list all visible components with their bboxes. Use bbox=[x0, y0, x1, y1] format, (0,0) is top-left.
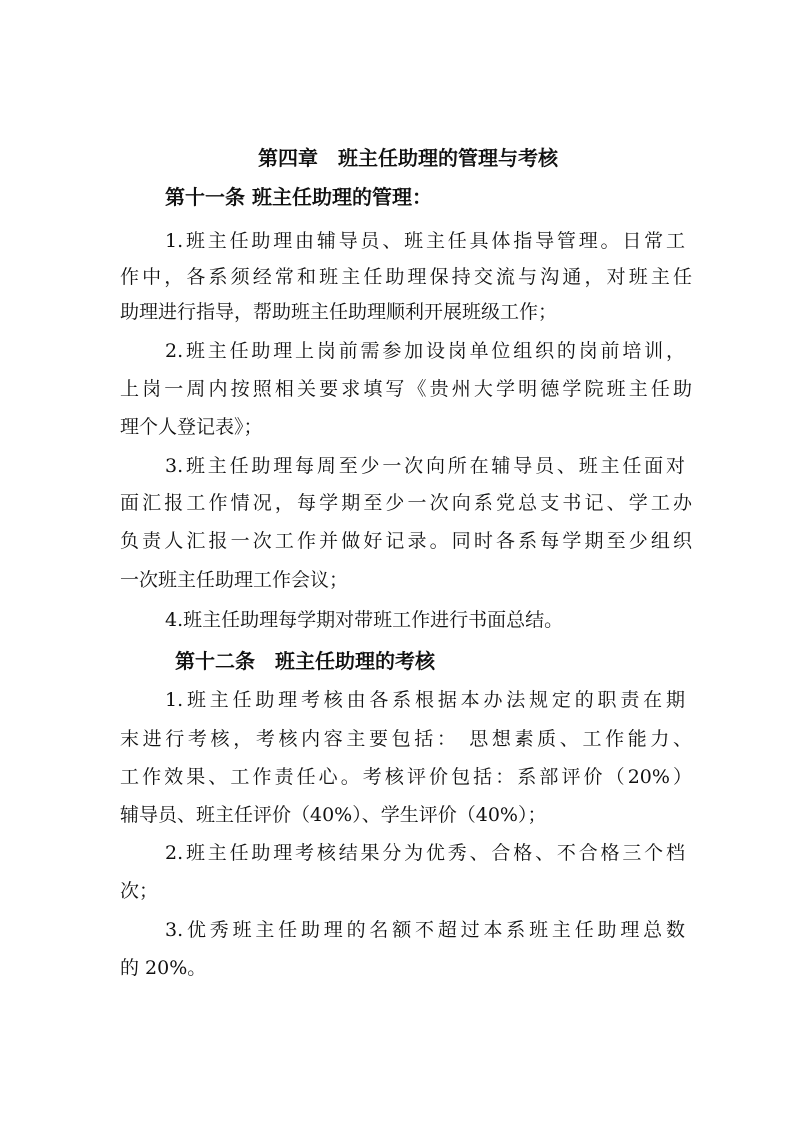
paragraph-line: 4.班主任助理每学期对带班工作进行书面总结。 bbox=[165, 608, 563, 632]
paragraph-line: 2.班主任助理上岗前需参加设岗单位组织的岗前培训， bbox=[165, 339, 685, 363]
paragraph-line: 3.班主任助理每周至少一次向所在辅导员、班主任面对 bbox=[165, 454, 685, 478]
paragraph-line: 末进行考核，考核内容主要包括： 思想素质、工作能力、 bbox=[120, 727, 692, 751]
article-11-heading: 第十一条 班主任助理的管理： bbox=[165, 185, 432, 209]
paragraph-line: 辅导员、班主任评价（40%）、学生评价（40%）； bbox=[120, 803, 546, 827]
paragraph-line: 负责人汇报一次工作并做好记录。同时各系每学期至少组织 bbox=[120, 529, 692, 553]
paragraph-line: 3.优秀班主任助理的名额不超过本系班主任助理总数 bbox=[165, 918, 685, 942]
paragraph-line: 的 20%。 bbox=[120, 956, 206, 980]
article-12-heading: 第十二条 班主任助理的考核 bbox=[175, 649, 435, 673]
paragraph-line: 次； bbox=[120, 879, 158, 903]
paragraph-line: 上岗一周内按照相关要求填写《贵州大学明德学院班主任助 bbox=[120, 377, 692, 401]
paragraph-line: 一次班主任助理工作会议； bbox=[120, 568, 348, 592]
paragraph-line: 理个人登记表》； bbox=[120, 415, 263, 439]
paragraph-line: 面汇报工作情况，每学期至少一次向系党总支书记、学工办 bbox=[120, 491, 692, 515]
paragraph-line: 2.班主任助理考核结果分为优秀、合格、不合格三个档 bbox=[165, 841, 685, 865]
paragraph-line: 助理进行指导，帮助班主任助理顺利开展班级工作； bbox=[120, 300, 557, 324]
paragraph-line: 1.班主任助理由辅导员、班主任具体指导管理。日常工 bbox=[165, 229, 685, 253]
chapter-title: 第四章 班主任助理的管理与考核 bbox=[258, 146, 558, 170]
paragraph-line: 作中，各系须经常和班主任助理保持交流与沟通，对班主任 bbox=[120, 265, 692, 289]
paragraph-line: 工作效果、工作责任心。考核评价包括：系部评价（20%） bbox=[120, 765, 692, 789]
paragraph-line: 1.班主任助理考核由各系根据本办法规定的职责在期 bbox=[165, 688, 685, 712]
